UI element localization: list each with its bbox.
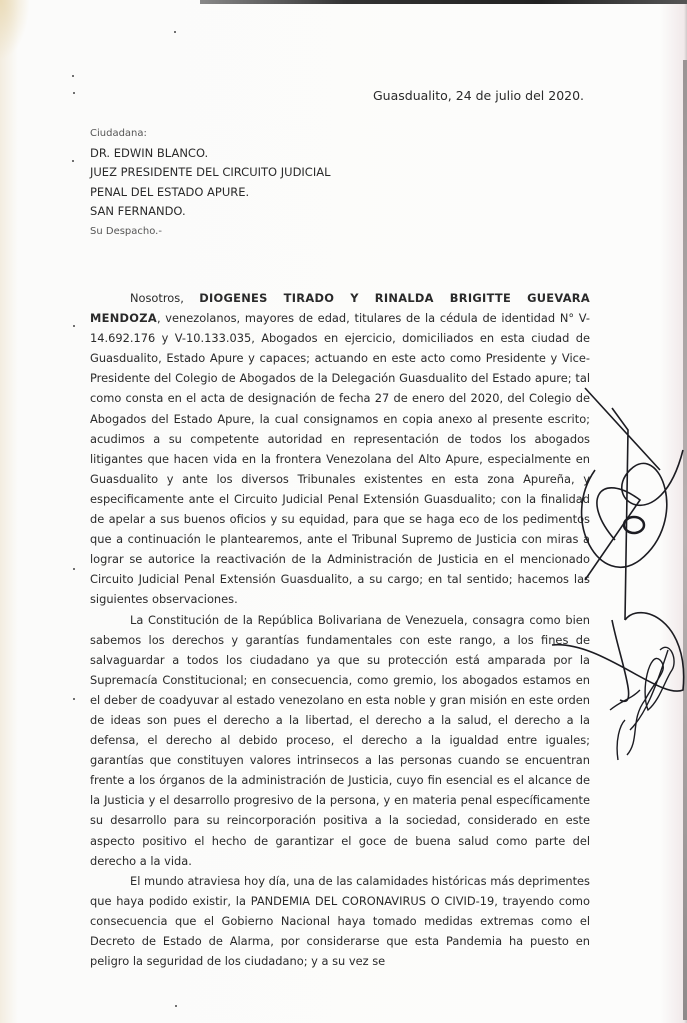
speck xyxy=(73,568,75,570)
recipient-name: DR. EDWIN BLANCO. xyxy=(90,144,331,164)
recipient-block: Ciudadana: DR. EDWIN BLANCO. JUEZ PRESID… xyxy=(90,124,331,241)
paragraph-3: El mundo atraviesa hoy día, una de las c… xyxy=(90,871,590,971)
recipient-city: SAN FERNANDO. xyxy=(90,202,331,222)
paragraph-lead: Nosotros, xyxy=(130,291,199,305)
letter-body: Nosotros, DIOGENES TIRADO Y RINALDA BRIG… xyxy=(90,288,590,971)
paragraph-2: La Constitución de la República Bolivari… xyxy=(90,610,590,871)
speck xyxy=(175,1005,177,1007)
paragraph-text: , venezolanos, mayores de edad, titulare… xyxy=(90,311,590,606)
recipient-title-1: JUEZ PRESIDENTE DEL CIRCUITO JUDICIAL xyxy=(90,163,331,183)
scan-right-edge xyxy=(683,60,687,1020)
place-date: Guasdualito, 24 de julio del 2020. xyxy=(373,88,584,103)
speck xyxy=(73,325,75,327)
speck xyxy=(174,31,176,33)
salutation: Ciudadana: xyxy=(90,124,331,144)
paper-stain xyxy=(0,0,30,60)
scan-top-edge xyxy=(200,0,687,4)
speck xyxy=(73,698,75,700)
paragraph-1: Nosotros, DIOGENES TIRADO Y RINALDA BRIG… xyxy=(90,288,590,610)
scanned-page: Guasdualito, 24 de julio del 2020. Ciuda… xyxy=(0,0,687,1023)
speck xyxy=(72,160,74,162)
closing: Su Despacho.- xyxy=(90,222,331,242)
speck xyxy=(73,92,75,94)
speck xyxy=(72,75,74,77)
recipient-title-2: PENAL DEL ESTADO APURE. xyxy=(90,183,331,203)
